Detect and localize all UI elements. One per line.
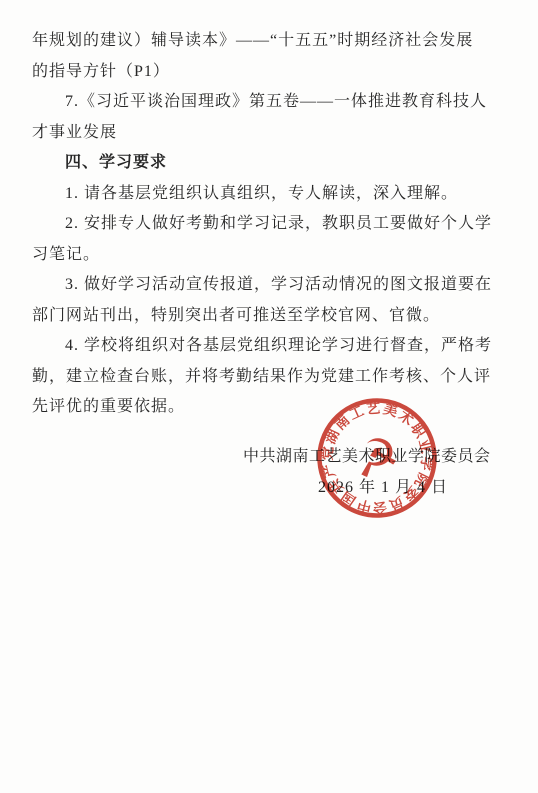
document-body: 年规划的建议）辅导读本》——“十五五”时期经济社会发展 的指导方针（P1） 7.… [32, 26, 508, 423]
body-line: 才事业发展 [32, 118, 508, 149]
hammer-and-sickle-icon: ☭ [350, 426, 404, 491]
body-line: 习笔记。 [32, 240, 508, 271]
document-page: 年规划的建议）辅导读本》——“十五五”时期经济社会发展 的指导方针（P1） 7.… [0, 0, 538, 793]
body-line: 2. 安排专人做好考勤和学习记录，教职员工要做好个人学 [32, 209, 508, 240]
body-line: 年规划的建议）辅导读本》——“十五五”时期经济社会发展 [32, 26, 508, 57]
section-heading: 四、学习要求 [32, 148, 508, 179]
body-line: 部门网站刊出，特别突出者可推送至学校官网、官微。 [32, 301, 508, 332]
official-seal: 中国共产党湖南工艺美术职业学院委员会 ☭ [286, 367, 467, 548]
body-line: 4. 学校将组织对各基层党组织理论学习进行督查，严格考 [32, 331, 508, 362]
body-line: 1. 请各基层党组织认真组织，专人解读，深入理解。 [32, 179, 508, 210]
body-line: 3. 做好学习活动宣传报道，学习活动情况的图文报道要在 [32, 270, 508, 301]
body-line: 的指导方针（P1） [32, 57, 508, 88]
body-line: 7.《习近平谈治国理政》第五卷——一体推进教育科技人 [32, 87, 508, 118]
